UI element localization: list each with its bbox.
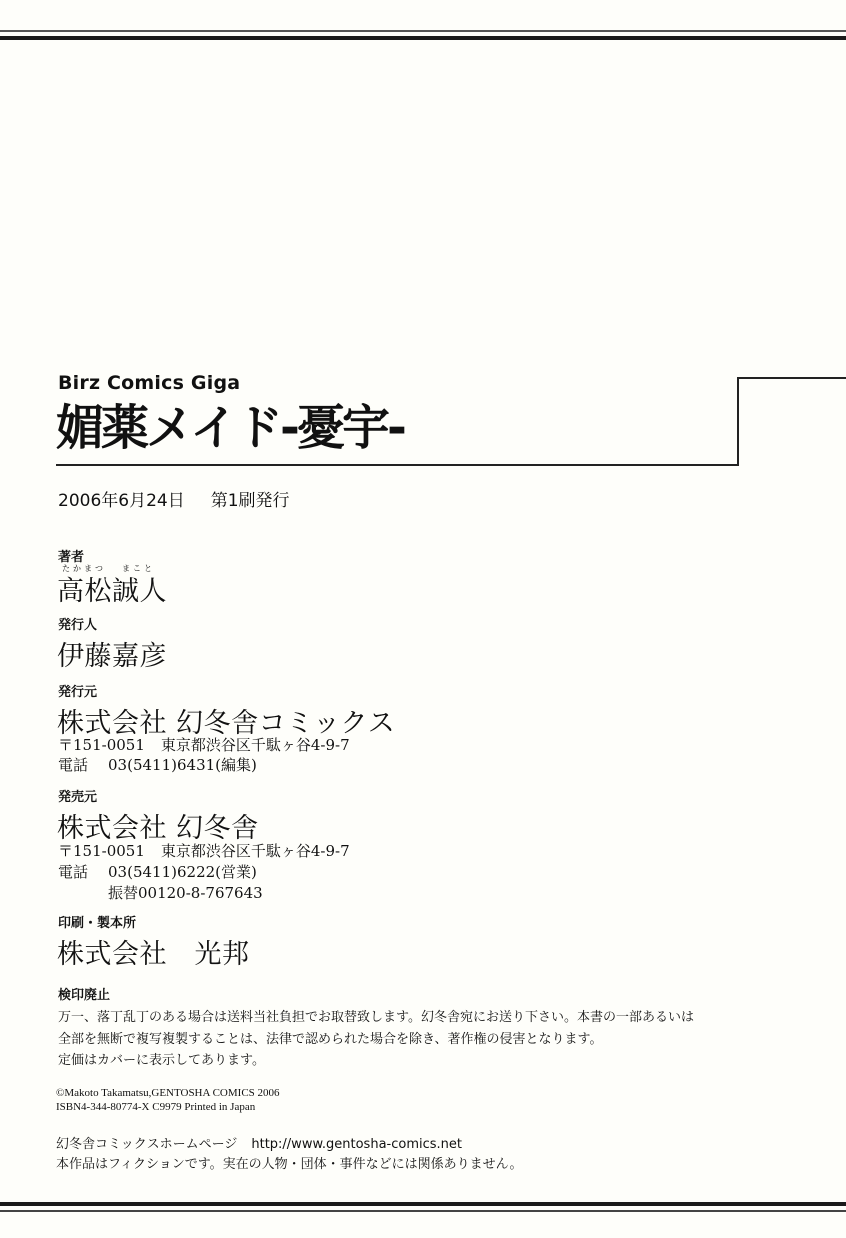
distributor-address: 東京都渋谷区千駄ヶ谷4-9-7 xyxy=(161,842,350,860)
publisher-tel-line: 電話03(5411)6431(編集) xyxy=(58,754,257,775)
title-box-top-line xyxy=(737,377,846,379)
homepage-line: 幻冬舎コミックスホームページhttp://www.gentosha-comics… xyxy=(56,1133,462,1152)
distributor-postal: 〒151-0051 xyxy=(58,842,145,860)
bottom-thin-rule xyxy=(0,1210,846,1212)
notice-line-1: 万一、落丁乱丁のある場合は送料当社負担でお取替致します。幻冬舎宛にお送り下さい。… xyxy=(58,1006,694,1025)
notice-line-3: 定価はカバーに表示してあります。 xyxy=(58,1049,265,1068)
publisher-tel: 03(5411)6431(編集) xyxy=(108,756,257,774)
fiction-notice: 本作品はフィクションです。実在の人物・団体・事件などには関係ありません。 xyxy=(56,1153,522,1172)
printer-name: 株式会社 光邦 xyxy=(57,932,250,971)
distributor-tel-line: 電話03(5411)6222(営業) xyxy=(58,861,257,882)
bottom-thick-rule xyxy=(0,1202,846,1206)
isbn-line: ISBN4-344-80774-X C9979 Printed in Japan xyxy=(56,1101,255,1113)
title-underline xyxy=(56,464,739,466)
top-thick-rule xyxy=(0,36,846,40)
publication-date: 2006年6月24日 xyxy=(58,491,185,511)
distributor-tel: 03(5411)6222(営業) xyxy=(108,863,257,881)
publication-date-line: 2006年6月24日第1刷発行 xyxy=(58,486,290,511)
distributor-transfer: 振替00120-8-767643 xyxy=(108,882,263,903)
publisher-address: 東京都渋谷区千駄ヶ谷4-9-7 xyxy=(161,736,350,754)
distributor-address-line: 〒151-0051東京都渋谷区千駄ヶ谷4-9-7 xyxy=(58,840,350,861)
distributor-label: 発売元 xyxy=(58,786,97,805)
publisher-postal: 〒151-0051 xyxy=(58,736,145,754)
author-name: 高松誠人 xyxy=(57,569,167,608)
top-thin-rule xyxy=(0,30,846,32)
homepage-label: 幻冬舎コミックスホームページ xyxy=(56,1137,237,1152)
printer-label: 印刷・製本所 xyxy=(58,912,136,931)
title-box-vertical-line xyxy=(737,377,739,466)
book-title: 媚薬メイド-憂宇- xyxy=(56,398,404,458)
copyright-line: ©Makoto Takamatsu,GENTOSHA COMICS 2006 xyxy=(56,1087,280,1099)
publisher-address-line: 〒151-0051東京都渋谷区千駄ヶ谷4-9-7 xyxy=(58,734,350,755)
edition: 第1刷発行 xyxy=(211,491,290,511)
homepage-url[interactable]: http://www.gentosha-comics.net xyxy=(251,1137,462,1152)
publisher-person-name: 伊藤嘉彦 xyxy=(57,634,167,673)
publisher-label: 発行元 xyxy=(58,681,97,700)
publisher-person-label: 発行人 xyxy=(58,614,97,633)
series-name: Birz Comics Giga xyxy=(58,372,240,394)
notice-line-2: 全部を無断で複写複製することは、法律で認められた場合を除き、著作権の侵害となりま… xyxy=(58,1028,602,1047)
publisher-tel-label: 電話 xyxy=(58,756,88,774)
notice-heading: 検印廃止 xyxy=(58,984,110,1003)
distributor-tel-label: 電話 xyxy=(58,863,88,881)
